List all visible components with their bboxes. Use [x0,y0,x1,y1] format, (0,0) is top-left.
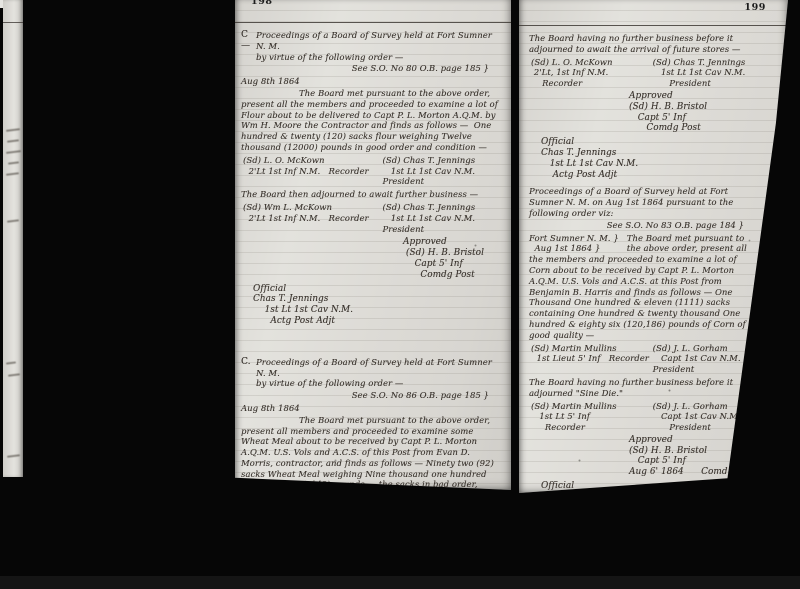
edge-writing-fragment [6,128,20,132]
signature-row: (Sd) J. O. McKown 2'Lt 1st Inf N.M. Reco… [241,503,503,525]
president-signature: (Sd) Chas T. Jennings 1st Lt 1st Cav N.M… [382,155,503,187]
president-signature: (Sd) Chas T. Jennings 1st Lt 1st Cav N.M… [382,503,503,525]
entry-opening: Fort Sumner N. M. } Aug 1st 1864 } The B… [529,233,758,341]
entry-heading: Proceedings of a Board of Survey held at… [256,357,503,389]
recorder-signature: (Sd) Martin Mullins 1st Lt 5' Inf Record… [529,401,650,433]
president-signature: (Sd) J. L. Gorham Capt 1st Cav N.M. Pres… [653,343,758,375]
adjournment-line: The Board then adjourned to await furthe… [241,189,503,200]
order-citation: See S.O. No 83 O.B. page 184 } [529,220,758,231]
place-date-block: Fort Sumner N. M. } Aug 1st 1864 } [529,233,619,255]
signature-row: (Sd) Martin Mullins 1st Lieut 5' Inf Rec… [529,343,758,375]
right-page-content: The Board having no further business bef… [519,0,788,524]
president-signature: (Sd) Chas T. Jennings 1st Lt 1st Cav N.M… [653,57,758,89]
edge-writing-fragment [6,172,19,176]
recorder-signature: (Sd) L. O. McKown 2'Lt 1st Inf N.M. Reco… [241,155,379,187]
official-block: Official Chas T. Jennings 1st Lt 1st Cav… [253,284,503,327]
edge-writing-fragment [7,454,20,458]
order-citation: See S.O. No 80 O.B. page 185 } [241,63,503,74]
entry-heading: Proceedings of a Board of Survey held at… [256,30,503,62]
edge-writing-fragment [8,161,19,164]
order-citation: See S.O. No 86 O.B. page 185 } [241,390,503,401]
entry-heading: Proceedings of a Board of Survey held at… [529,186,758,218]
left-page-content: C— Proceedings of a Board of Survey held… [235,0,511,525]
edge-writing-fragment [6,150,21,154]
ledger-rule-line [3,22,23,23]
approval-block: Approved (Sd) H. B. Bristol Capt 5' Inf … [629,91,758,134]
edge-writing-fragment [7,219,19,222]
entry-margin-mark: C. [241,357,256,368]
president-signature: (Sd) J. L. Gorham Capt 1st Cav N.M. Pres… [653,401,758,433]
recorder-signature: (Sd) Martin Mullins 1st Lieut 5' Inf Rec… [529,343,650,375]
recorder-signature: (Sd) Wm L. McKown 2'Lt 1st Inf N.M. Reco… [241,202,379,234]
ledger-page-left: 198 C— Proceedings of a Board of Survey … [235,0,511,490]
signature-row: (Sd) L. O. McKown 2'Lt, 1st Inf N.M. Rec… [529,57,758,89]
approval-block: Approved (Sd) H. B. Bristol Capt 5' Inf … [403,237,503,280]
entry-body: The Board met pursuant to the above orde… [241,415,503,501]
entry-margin-mark: C— [241,30,256,52]
entry-body: The Board met pursuant to the above orde… [241,88,503,153]
signature-row: (Sd) Martin Mullins 1st Lt 5' Inf Record… [529,401,758,433]
official-block: Official 2d Lieut 1st Cav N.M. Actg Post… [541,481,758,524]
ledger-page-right: 199 The Board having no further business… [519,0,788,493]
edge-writing-fragment [6,361,16,364]
microfilm-frame: 198 C— Proceedings of a Board of Survey … [0,0,800,589]
signature-row: (Sd) Wm L. McKown 2'Lt 1st Inf N.M. Reco… [241,202,503,234]
official-block: Official Chas T. Jennings 1st Lt 1st Cav… [541,137,758,180]
entry-date: Aug 8th 1864 [241,76,503,87]
entry-1: C— Proceedings of a Board of Survey held… [241,30,503,62]
entry-2: C. Proceedings of a Board of Survey held… [241,357,503,389]
adjournment-line: The Board having no further business bef… [529,33,758,55]
film-edge-band [0,576,800,589]
president-signature: (Sd) Chas T. Jennings 1st Lt 1st Cav N.M… [382,202,503,234]
recorder-signature: (Sd) L. O. McKown 2'Lt, 1st Inf N.M. Rec… [529,57,650,89]
previous-page-edge [3,0,23,477]
entry-date: Aug 8th 1864 [241,403,503,414]
recorder-signature: (Sd) J. O. McKown 2'Lt 1st Inf N.M. Reco… [241,503,379,525]
adjournment-line: The Board having no further business bef… [529,377,758,399]
edge-writing-fragment [7,139,19,142]
approval-block: Approved (Sd) H. B. Bristol Capt 5' Inf … [629,435,758,478]
edge-writing-fragment [8,373,20,376]
signature-row: (Sd) L. O. McKown 2'Lt 1st Inf N.M. Reco… [241,155,503,187]
